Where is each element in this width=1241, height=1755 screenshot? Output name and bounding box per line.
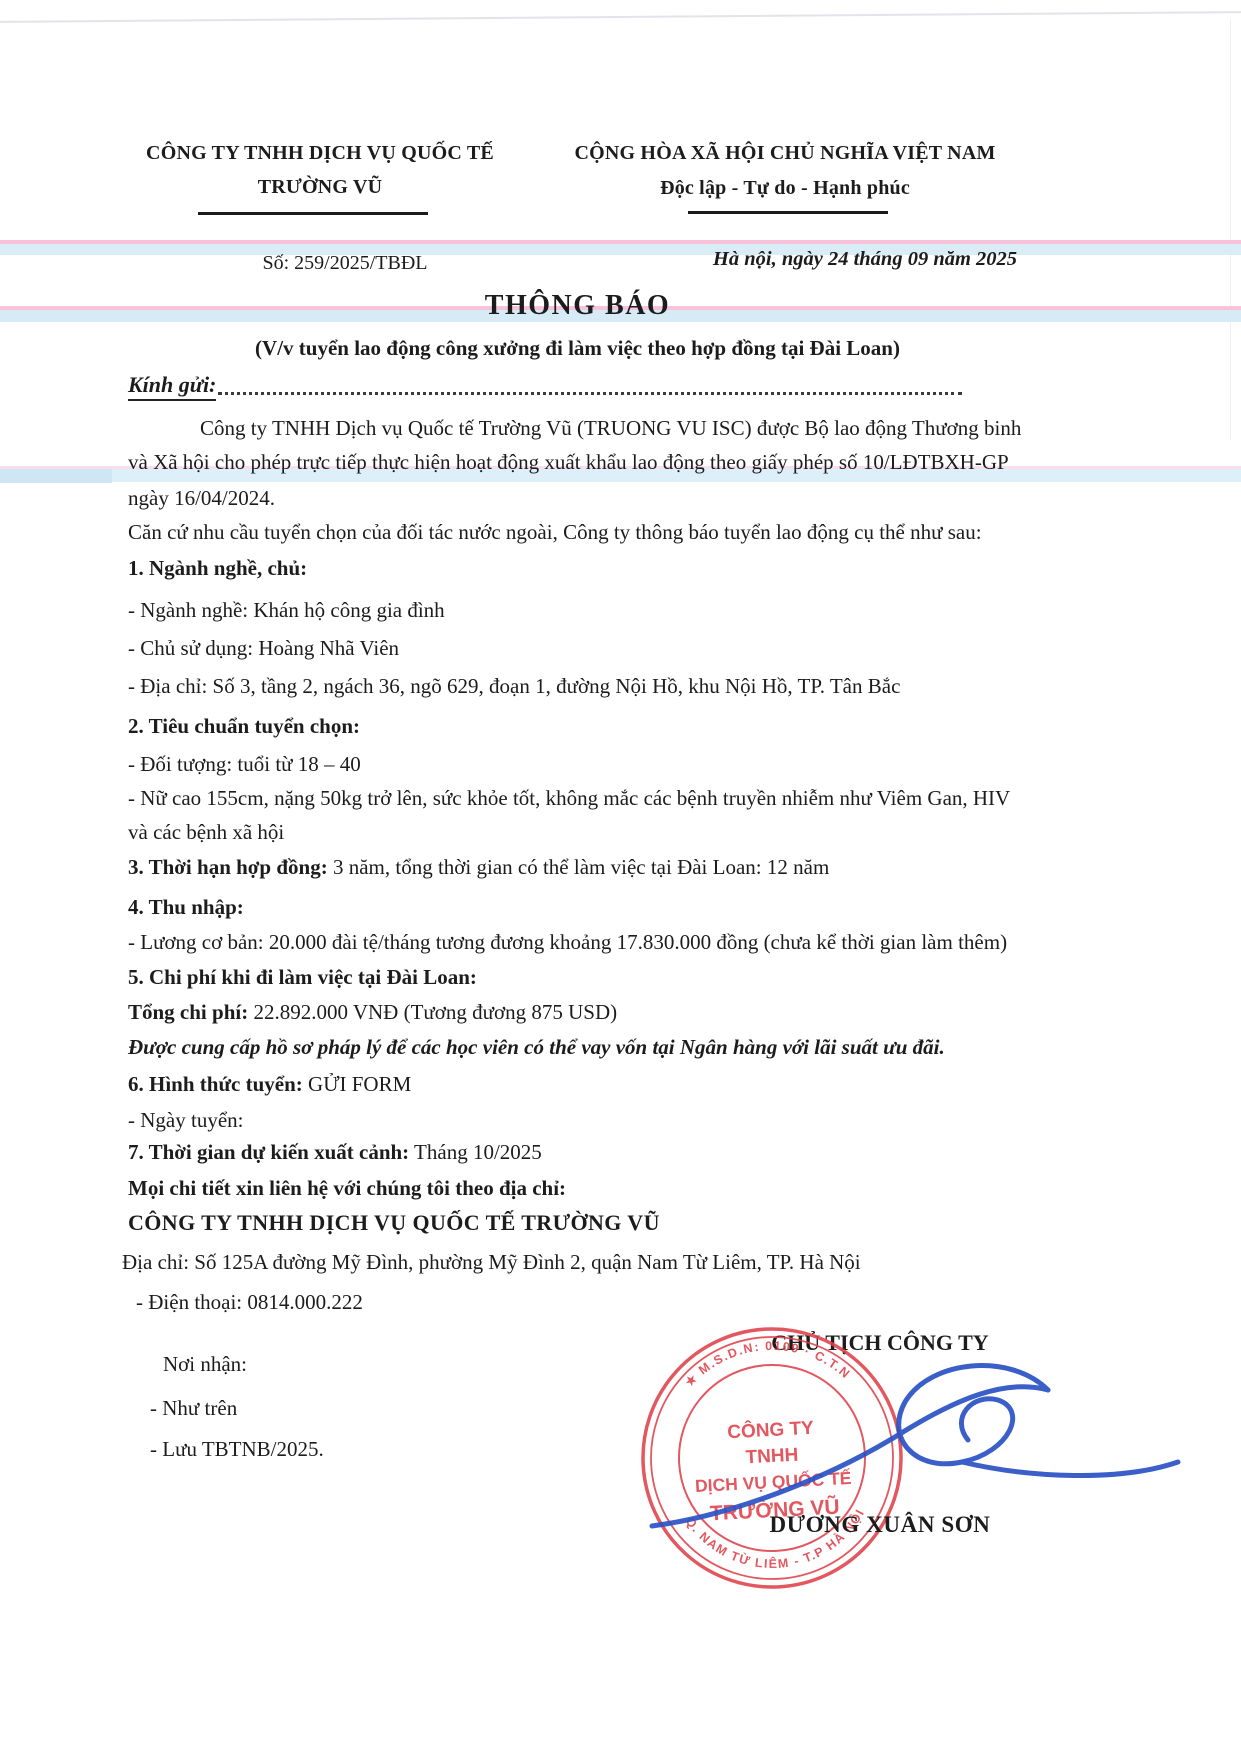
issuer-underline xyxy=(198,212,428,215)
signer-name: DƯƠNG XUÂN SƠN xyxy=(710,1512,1050,1538)
section-heading: 6. Hình thức tuyển: GỬI FORM xyxy=(128,1072,411,1097)
stamp-inner-line1: CÔNG TY xyxy=(727,1417,815,1444)
company-name-line: CÔNG TY TNHH DỊCH VỤ QUỐC TẾ TRƯỜNG VŨ xyxy=(128,1210,660,1236)
recipients-label: Nơi nhận: xyxy=(163,1352,247,1377)
body-line: - Nữ cao 155cm, nặng 50kg trở lên, sức k… xyxy=(128,786,1010,811)
section-heading: 4. Thu nhập: xyxy=(128,895,244,920)
recipient-item: - Lưu TBTNB/2025. xyxy=(150,1437,324,1462)
company-address-line: Địa chỉ: Số 125A đường Mỹ Đình, phường M… xyxy=(122,1250,861,1275)
salutation-dotted-blank xyxy=(218,391,962,395)
scan-edge-line xyxy=(0,11,1241,23)
place-date-line: Hà nội, ngày 24 tháng 09 năm 2025 xyxy=(640,248,1090,271)
contact-intro: Mọi chi tiết xin liên hệ với chúng tôi t… xyxy=(128,1176,566,1201)
body-line: - Địa chỉ: Số 3, tầng 2, ngách 36, ngõ 6… xyxy=(128,674,900,699)
salutation-row: Kính gửi: xyxy=(128,372,962,401)
section-heading: 1. Ngành nghề, chủ: xyxy=(128,556,307,581)
section-heading: 5. Chi phí khi đi làm việc tại Đài Loan: xyxy=(128,965,477,990)
body-line: - Lương cơ bản: 20.000 đài tệ/tháng tươn… xyxy=(128,930,1007,955)
body-line: và các bệnh xã hội xyxy=(128,820,284,845)
body-line: Tổng chi phí: 22.892.000 VNĐ (Tương đươn… xyxy=(128,1000,617,1025)
scan-artifact-band-cyan xyxy=(0,469,112,483)
issuer-name-line2: TRƯỜNG VŨ xyxy=(120,176,520,199)
national-motto-line1: CỘNG HÒA XÃ HỘI CHỦ NGHĨA VIỆT NAM xyxy=(560,142,1010,165)
company-phone-line: - Điện thoại: 0814.000.222 xyxy=(136,1290,363,1315)
body-line: Công ty TNHH Dịch vụ Quốc tế Trường Vũ (… xyxy=(200,416,1021,441)
body-line: ngày 16/04/2024. xyxy=(128,486,275,511)
company-stamp: ★ M.S.D.N: 0109 · C.T.N Q. NAM TỪ LIÊM -… xyxy=(625,1311,919,1605)
document-number: Số: 259/2025/TBĐL xyxy=(145,252,545,275)
body-line: - Đối tượng: tuổi từ 18 – 40 xyxy=(128,752,361,777)
section-heading: 7. Thời gian dự kiến xuất cảnh: Tháng 10… xyxy=(128,1140,542,1165)
document-title: THÔNG BÁO xyxy=(0,290,1155,322)
motto-underline xyxy=(688,211,888,214)
body-line: - Ngày tuyển: xyxy=(128,1108,243,1133)
scanned-document-page: CÔNG TY TNHH DỊCH VỤ QUỐC TẾ TRƯỜNG VŨ S… xyxy=(0,0,1241,1755)
salutation-label: Kính gửi: xyxy=(128,372,216,401)
body-line: và Xã hội cho phép trực tiếp thực hiện h… xyxy=(128,450,1009,475)
national-motto-line2: Độc lập - Tự do - Hạnh phúc xyxy=(560,177,1010,200)
stamp-inner-line3: DỊCH VỤ QUỐC TẾ xyxy=(695,1467,852,1496)
issuer-name-line1: CÔNG TY TNHH DỊCH VỤ QUỐC TẾ xyxy=(120,142,520,165)
section-heading: 3. Thời hạn hợp đồng: 3 năm, tổng thời g… xyxy=(128,855,829,880)
body-line: - Ngành nghề: Khán hộ công gia đình xyxy=(128,598,445,623)
section-heading: 2. Tiêu chuẩn tuyển chọn: xyxy=(128,714,360,739)
document-subtitle: (V/v tuyển lao động công xưởng đi làm vi… xyxy=(0,336,1155,361)
recipient-item: - Như trên xyxy=(150,1396,237,1421)
body-line-italic: Được cung cấp hồ sơ pháp lý để các học v… xyxy=(128,1035,945,1060)
scan-edge-line xyxy=(1230,20,1232,440)
body-line: - Chủ sử dụng: Hoàng Nhã Viên xyxy=(128,636,399,661)
body-line: Căn cứ nhu cầu tuyển chọn của đối tác nư… xyxy=(128,520,982,545)
stamp-inner-line2: TNHH xyxy=(745,1445,799,1469)
